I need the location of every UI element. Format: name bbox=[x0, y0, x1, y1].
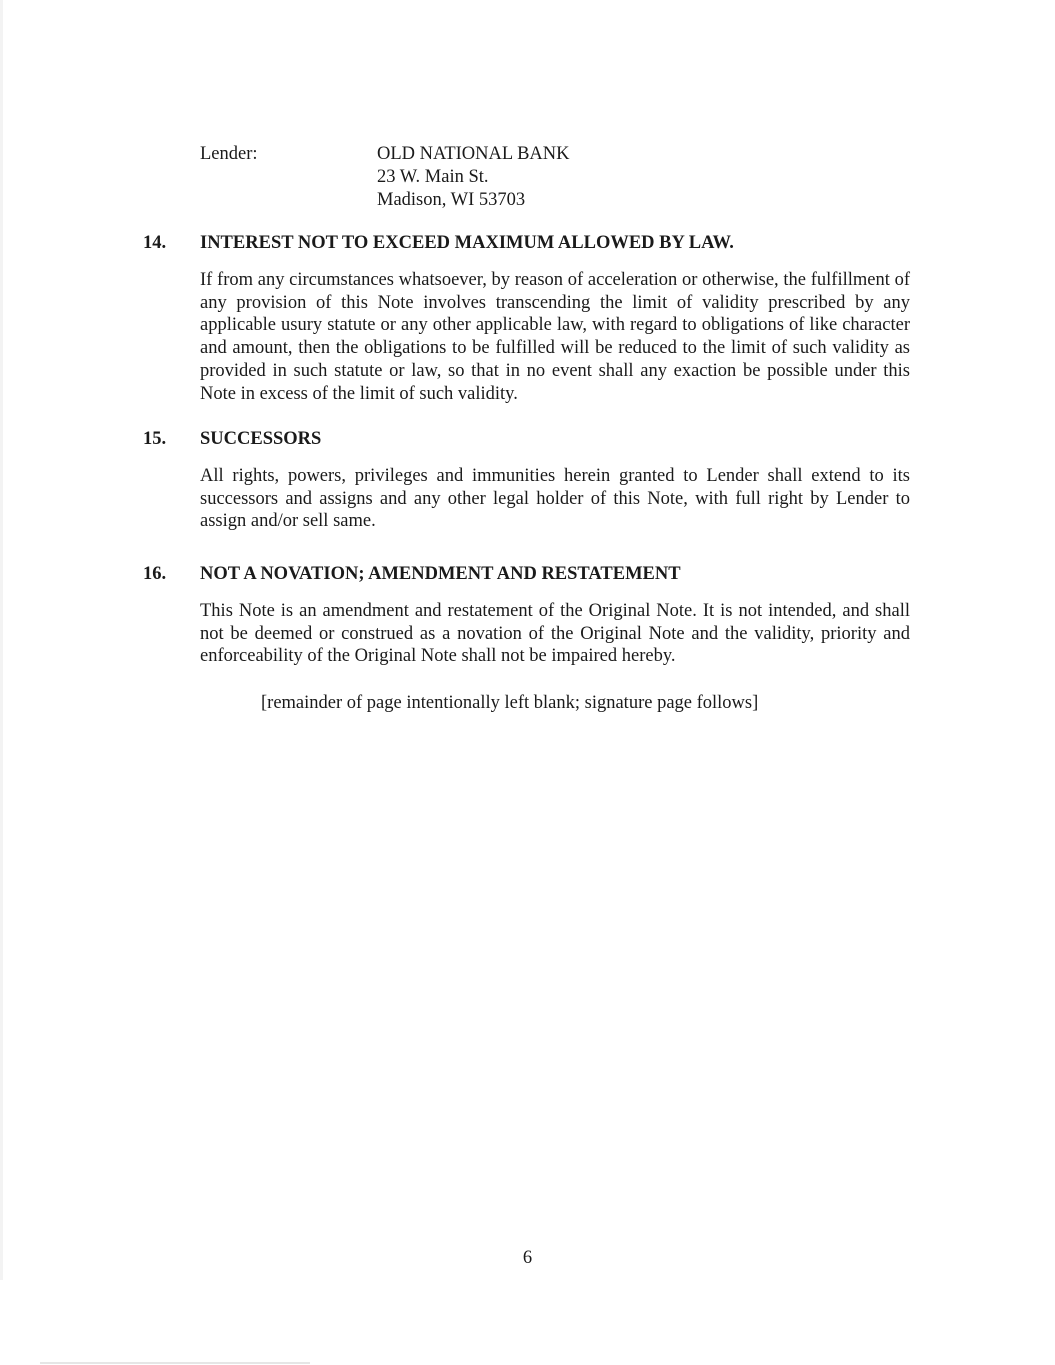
section-title: INTEREST NOT TO EXCEED MAXIMUM ALLOWED B… bbox=[200, 232, 734, 255]
remainder-note: [remainder of page intentionally left bl… bbox=[261, 692, 758, 715]
document-page: Lender: OLD NATIONAL BANK 23 W. Main St.… bbox=[0, 0, 1055, 1365]
scan-artifact-line bbox=[40, 1362, 310, 1364]
section-number: 15. bbox=[143, 428, 166, 451]
section-14: 14. INTEREST NOT TO EXCEED MAXIMUM ALLOW… bbox=[143, 232, 910, 405]
section-heading: 16. NOT A NOVATION; AMENDMENT AND RESTAT… bbox=[143, 563, 910, 586]
section-body: If from any circumstances whatsoever, by… bbox=[200, 269, 910, 405]
section-title: SUCCESSORS bbox=[200, 428, 321, 451]
section-heading: 14. INTEREST NOT TO EXCEED MAXIMUM ALLOW… bbox=[143, 232, 910, 255]
section-body: All rights, powers, privileges and immun… bbox=[200, 465, 910, 533]
lender-city: Madison, WI 53703 bbox=[377, 189, 570, 212]
lender-label: Lender: bbox=[200, 143, 258, 166]
section-heading: 15. SUCCESSORS bbox=[143, 428, 910, 451]
lender-street: 23 W. Main St. bbox=[377, 166, 570, 189]
section-16: 16. NOT A NOVATION; AMENDMENT AND RESTAT… bbox=[143, 563, 910, 668]
section-number: 16. bbox=[143, 563, 166, 586]
scan-edge-shadow bbox=[0, 0, 3, 1280]
section-15: 15. SUCCESSORS All rights, powers, privi… bbox=[143, 428, 910, 533]
section-title: NOT A NOVATION; AMENDMENT AND RESTATEMEN… bbox=[200, 563, 681, 586]
lender-name: OLD NATIONAL BANK bbox=[377, 143, 570, 166]
section-body: This Note is an amendment and restatemen… bbox=[200, 600, 910, 668]
lender-address: OLD NATIONAL BANK 23 W. Main St. Madison… bbox=[377, 143, 570, 212]
page-number: 6 bbox=[0, 1247, 1055, 1270]
section-number: 14. bbox=[143, 232, 166, 255]
